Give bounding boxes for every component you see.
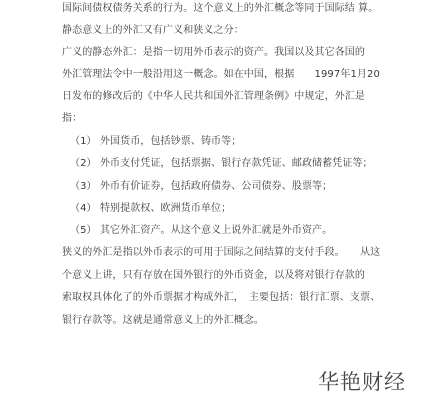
text-line: 索取权具体化了的外币票据才构成外汇， 主要包括：银行汇票、支票、	[62, 291, 380, 304]
list-item: （2） 外币支付凭证，包括票据、银行存款凭证、邮政储蓄凭证等；	[70, 157, 373, 170]
list-item: （3） 外币有价证券，包括政府债券、公司债券、股票等；	[70, 180, 332, 193]
text-line: 广义的静态外汇：是指一切用外币表示的资产。我国以及其它各国的	[62, 46, 365, 59]
text-line: 指：	[62, 112, 82, 125]
list-item: （1） 外国货币，包括钞票、铸币等；	[70, 135, 241, 148]
text-line: 狭义的外汇是指以外币表示的可用于国际之间结算的支付手段。 从这	[62, 246, 380, 259]
list-item: （5） 其它外汇资产。从这个意义上说外汇就是外币资产。	[70, 224, 332, 237]
text-line: 静态意义上的外汇又有广义和狭义之分：	[62, 24, 244, 37]
watermark-logo: 华艳财经	[318, 366, 406, 396]
text-line: 个意义上讲，只有存放在国外银行的外币资金，以及将对银行存款的	[62, 269, 365, 282]
text-line: 银行存款等。这就是通常意义上的外汇概念。	[62, 314, 264, 327]
list-item: （4） 特别提款权、欧洲货币单位；	[70, 202, 231, 215]
text-line: 日发布的修改后的《中华人民共和国外汇管理条例》中规定，外汇是	[62, 90, 365, 103]
text-line: 国际间债权债务关系的行为。这个意义上的外汇概念等同于国际结 算。	[62, 2, 378, 15]
text-line: 外汇管理法令中一般沿用这一概念。如在中国，根据 1997年1月20	[62, 68, 380, 81]
